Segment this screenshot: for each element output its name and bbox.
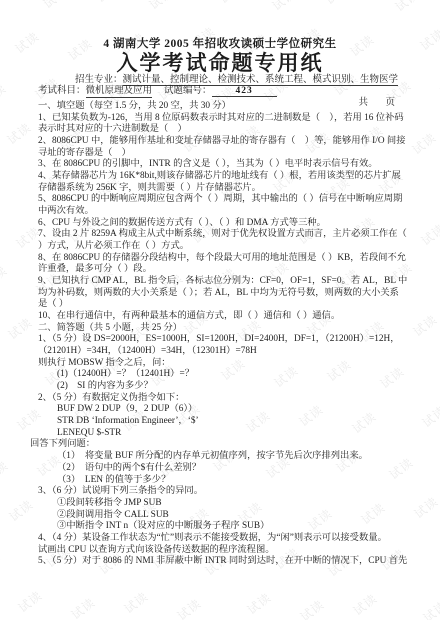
question-line: 试画出 CPU 以查询方式向该设备传送数据的程序流程图。 [0, 545, 440, 557]
question-line: 4、（4 分）某设备工作状态为“忙”则表示不能接受数据，为“闲”则表示可以接受数… [0, 533, 440, 545]
question-line: 5、（5 分）对于 8086 的 NMI 非屏蔽中断 INTR 同时到达时，在开… [0, 556, 440, 568]
question-line: ②段间调用指令 CALL SUB [0, 510, 440, 522]
question-line: LENEQU $-STR [0, 428, 440, 440]
question-line: 10、在串行通信中，有两种最基本的通信方式，即（ ）通信和（ ）通信。 [0, 311, 440, 323]
question-line: 中两次有效。 [0, 206, 440, 218]
question-line: BUF DW 2 DUP（9，2 DUP（6）） [0, 404, 440, 416]
question-line: (2) SI 的内容为多少？ [0, 381, 440, 393]
subject-label: 考试科目： [38, 86, 86, 96]
question-line: 5、8086CPU 的中断响应周期应包含两个（ ）周期，其中输出的（ ）信号在中… [0, 194, 440, 206]
subject-value: 微机原理及应用 [86, 86, 153, 98]
question-line: STR DB ‘Information Engineer’，‘$’ [0, 416, 440, 428]
exam-paper-page: 试读试读试读试读试读试读试读试读试读试读试读试读试读试读试读试读试读试读试读试读… [0, 0, 440, 620]
page-content: 4 湖南大学 2005 年招收攻读硕士学位研究生 入学考试命题专用纸 招生专业：… [0, 0, 440, 620]
question-line: 均为补码数，则两数的大小关系是（ ）；若 AL，BL 中均为无符号数，则两数的大… [0, 288, 440, 300]
question-line: 二、简答题（共 5 小题，共 25 分） [0, 323, 440, 335]
code-value: 423 [212, 86, 277, 97]
question-line: 则执行 MOBSW 指令之后，问： [0, 358, 440, 370]
question-line: 许重叠，最多可分（ ）段。 [0, 264, 440, 276]
subject-line: 考试科目：微机原理及应用试题编号：423 [38, 82, 277, 96]
question-line: 3、（6 分）试说明下列三条指令的异同。 [0, 486, 440, 498]
question-line: 9、已知执行 CMP AL，BL 指令后，各标志位分别为：CF=0，OF=1，S… [0, 276, 440, 288]
question-line: 寻址的寄存器是（ ） [0, 148, 440, 160]
question-line: 1、已知某负数为-126，当用 8 位原码数表示时其对应的二进制数是（ ），若用… [0, 113, 440, 125]
question-line: （3） LEN 的值等于多少？ [0, 475, 440, 487]
question-line: 表示时其对应的十六进制数是（ ） [0, 124, 440, 136]
question-line: 2、（5 分）有数据定义伪指令如下： [0, 393, 440, 405]
question-line: (1)（12400H）=？（12401H）=？ [0, 369, 440, 381]
question-line: 3、在 8086CPU 的引脚中，INTR 的含义是（ ），当其为（ ）电平时表… [0, 159, 440, 171]
question-line: （2） 语句中的两个$有什么差别？ [0, 463, 440, 475]
code-label: 试题编号： [164, 86, 212, 96]
question-line: （21201H）=34H，（12400H）=34H，（12301H）=78H [0, 346, 440, 358]
question-line: 1、（5 分）设 DS=2000H，ES=1000H，SI=1200H，DI=2… [0, 334, 440, 346]
question-line: 7、设由 2 片 8259A 构成主从式中断系统，则对于优先权设置方式而言，主片… [0, 229, 440, 241]
question-line: 是（ ） [0, 299, 440, 311]
question-line: 6、CPU 与外设之间的数据传送方式有（ ）、（ ）和 DMA 方式等三种。 [0, 218, 440, 230]
question-line: 一、填空题（每空 1.5 分，共 20 空，共 30 分） [0, 101, 440, 113]
question-body: 一、填空题（每空 1.5 分，共 20 空，共 30 分）1、已知某负数为-12… [0, 101, 440, 568]
question-line: 8、在 8086CPU 的存储器分段结构中，每个段最大可用的地址范围是（ ）KB… [0, 253, 440, 265]
question-line: ）方式，从片必须工作在（ ）方式。 [0, 241, 440, 253]
question-line: ①段间转移指令 JMP SUB [0, 498, 440, 510]
question-line: 2、8086CPU 中，能够用作基址和变址存储器寻址的寄存器有（ ）等，能够用作… [0, 136, 440, 148]
question-line: 回答下列问题： [0, 439, 440, 451]
question-line: （1） 将变量 BUF 所分配的内存单元初值序列，按字节先后次序排列出来。 [0, 451, 440, 463]
question-line: ③中断指令 INT n（设对应的中断服务子程序 SUB） [0, 521, 440, 533]
question-line: 存储器系统为 256K 字，则共需要（ ）片存储器芯片。 [0, 183, 440, 195]
question-line: 4、某存储器芯片为 16K*8bit,则该存储器芯片的地址线有（ ）根，若用该类… [0, 171, 440, 183]
